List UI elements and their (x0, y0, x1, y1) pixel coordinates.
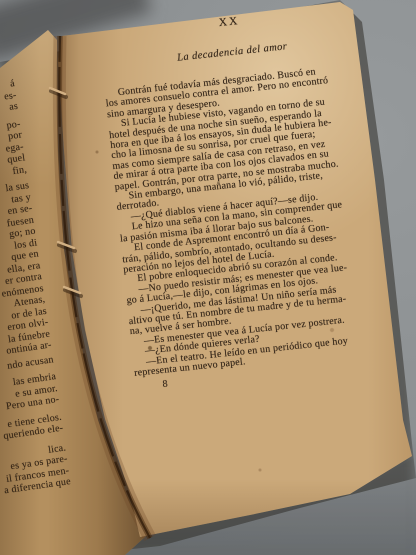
body-text: Gontrán fué todavía más desgraciado. Bus… (104, 62, 396, 393)
page-content: XX La decadencia del amor Gontrán fué to… (95, 0, 406, 477)
book-photo: á es- as po- por ega- quel fin, la sus t… (0, 0, 416, 555)
